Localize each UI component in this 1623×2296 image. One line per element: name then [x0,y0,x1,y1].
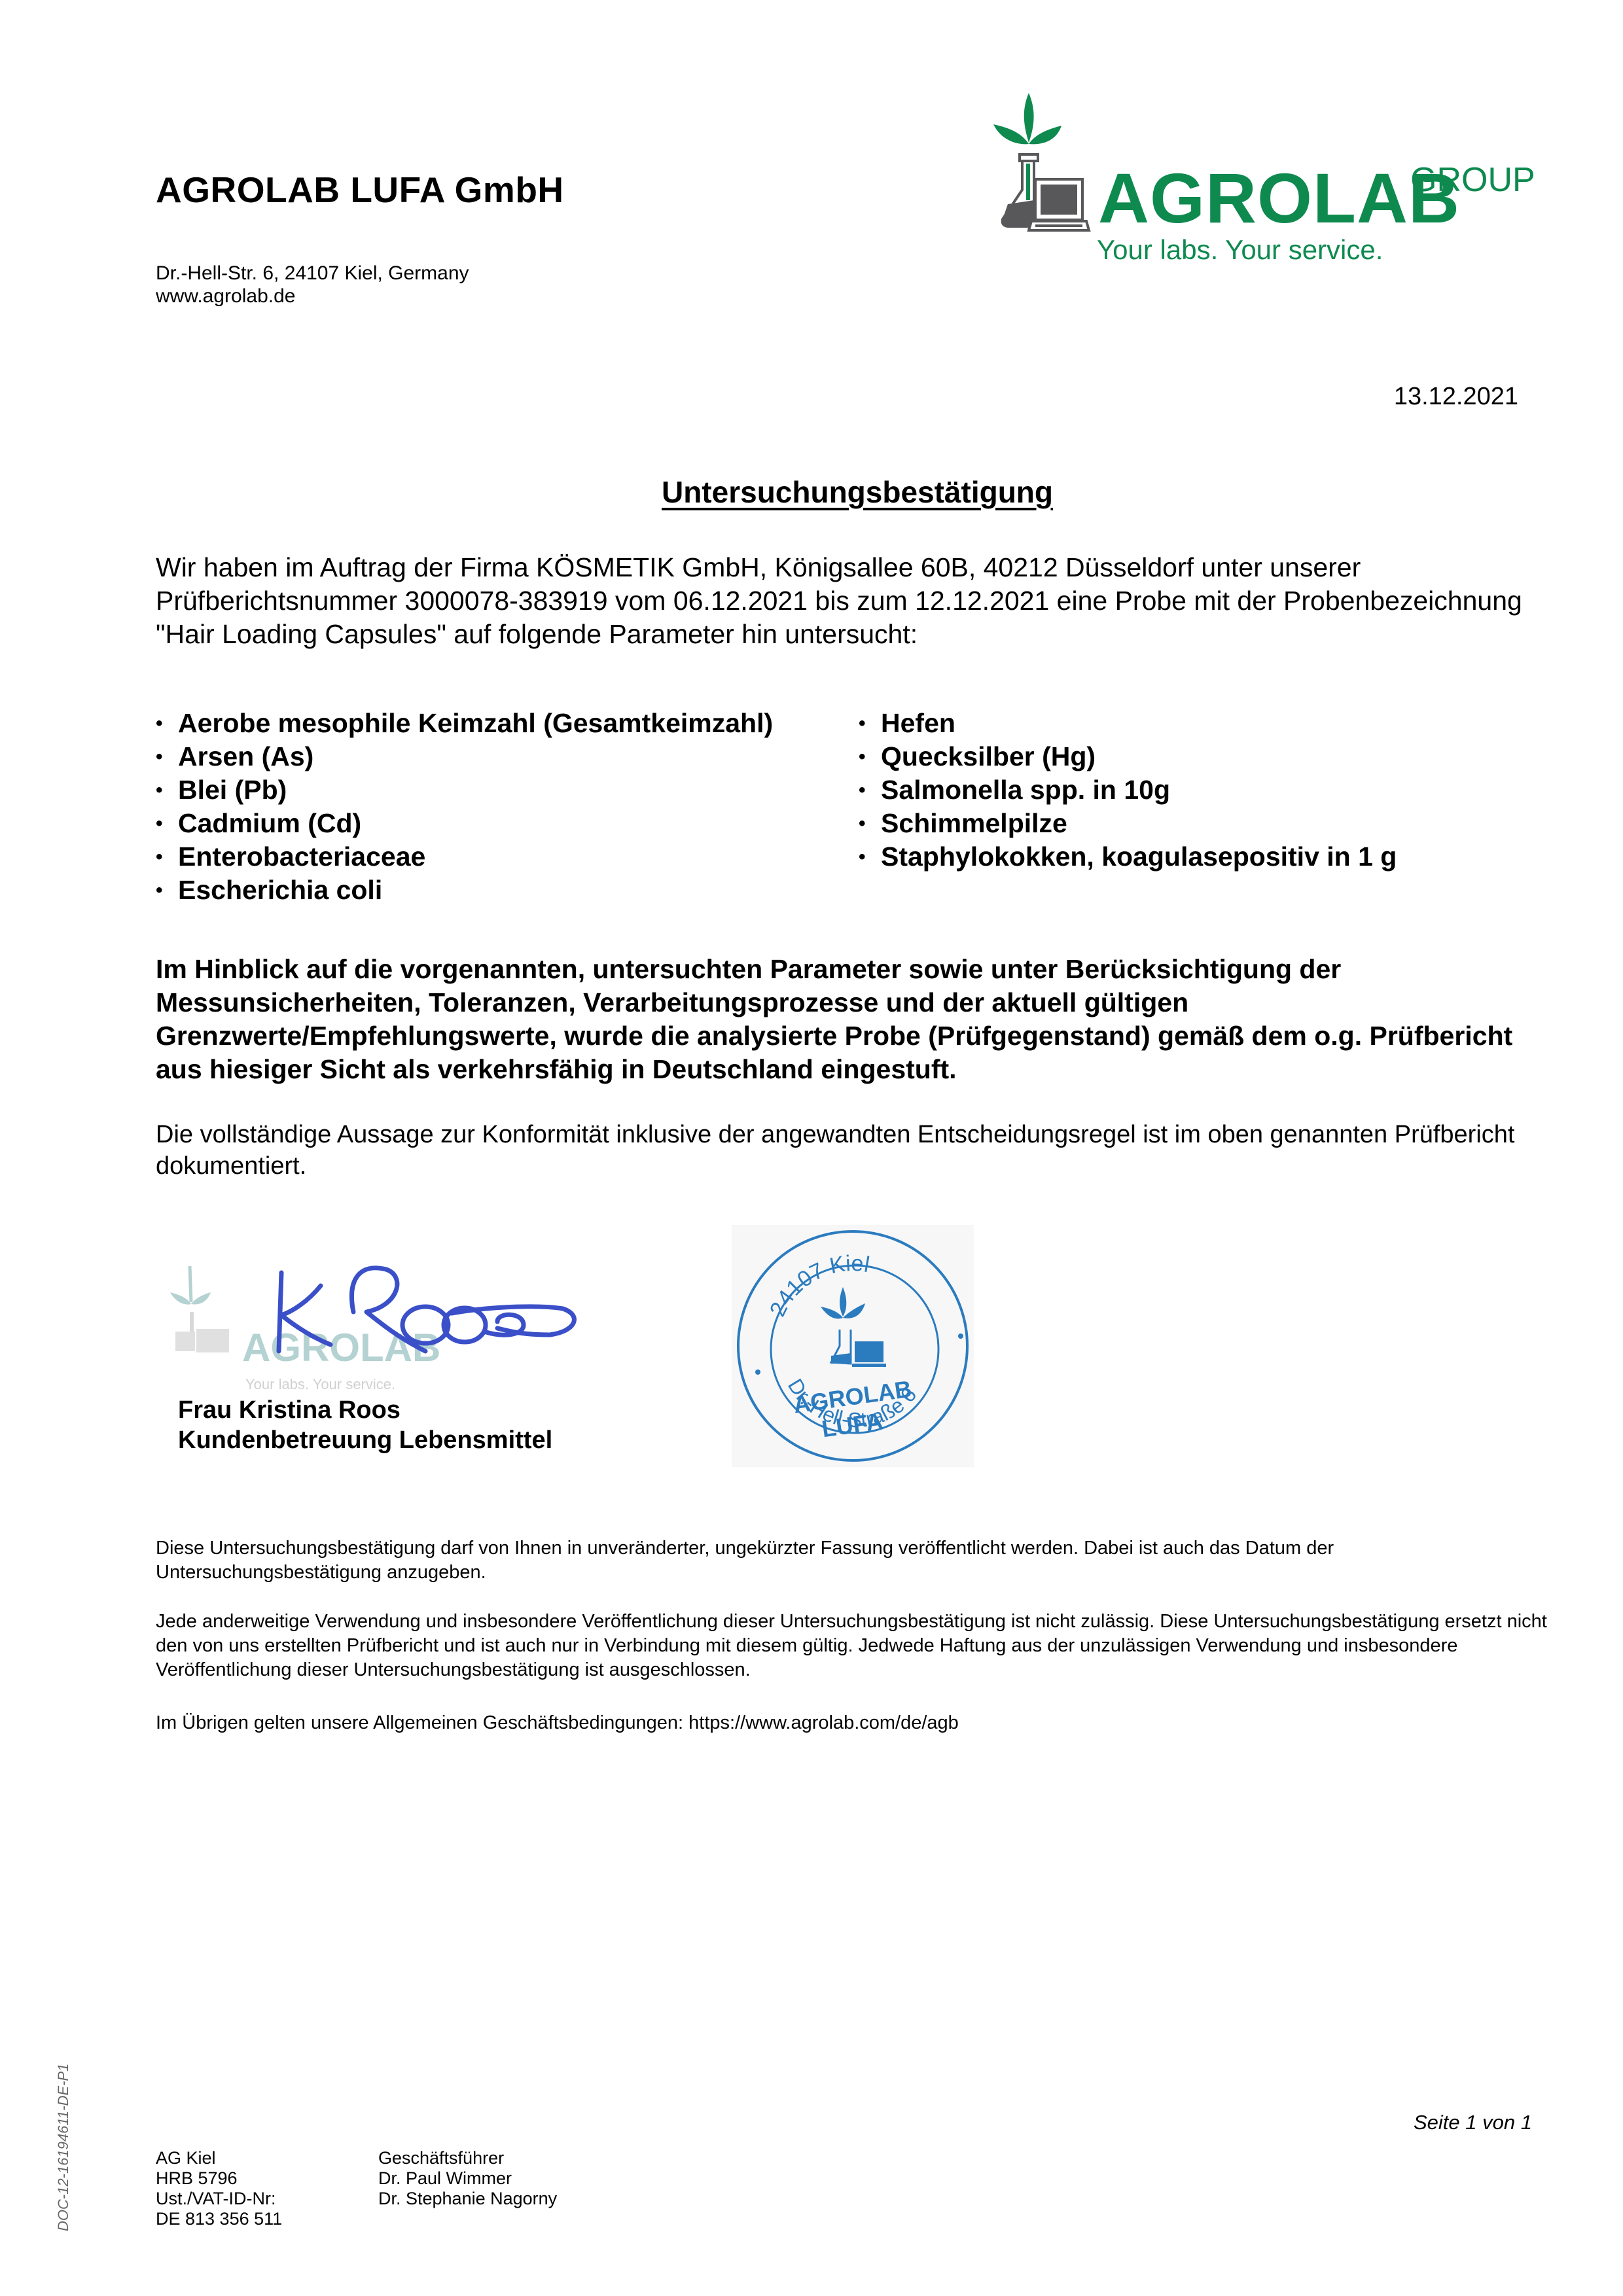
parameter-item: •Cadmium (Cd) [156,807,773,840]
footer-registry-line: Ust./VAT-ID-Nr: [156,2189,282,2209]
parameter-item: •Hefen [859,707,1397,740]
terms-reference: Im Übrigen gelten unsere Allgemeinen Ges… [156,1711,1563,1735]
footer-management-line: Dr. Paul Wimmer [378,2168,557,2189]
document-id: DOC-12-16194611-DE-P1 [55,2064,72,2231]
footer-management: Geschäftsführer Dr. Paul Wimmer Dr. Step… [378,2148,557,2209]
signatory-name: Frau Kristina Roos [178,1395,552,1425]
document-title: Untersuchungsbestätigung [0,474,1623,510]
signature-area: AGROLAB Your labs. Your service. [157,1240,602,1390]
bullet-icon: • [156,874,163,907]
parameter-item: •Blei (Pb) [156,773,773,807]
parameter-item: •Escherichia coli [156,874,773,907]
parameter-label: Hefen [881,708,955,738]
company-address: Dr.-Hell-Str. 6, 24107 Kiel, Germany www… [156,262,469,308]
intro-paragraph: Wir haben im Auftrag der Firma KÖSMETIK … [156,551,1556,651]
parameter-label: Cadmium (Cd) [178,808,361,838]
parameter-item: •Arsen (As) [156,740,773,773]
parameter-item: •Salmonella spp. in 10g [859,773,1397,807]
parameter-label: Salmonella spp. in 10g [881,775,1170,805]
disclaimer-publication: Diese Untersuchungsbestätigung darf von … [156,1536,1563,1585]
parameter-label: Aerobe mesophile Keimzahl (Gesamtkeimzah… [178,708,773,738]
logo-tagline: Your labs. Your service. [1097,234,1383,266]
company-name: AGROLAB LUFA GmbH [156,169,564,211]
parameter-item: •Staphylokokken, koagulasepositiv in 1 g [859,840,1397,874]
parameter-label: Escherichia coli [178,875,382,905]
bullet-icon: • [156,740,163,773]
parameter-label: Blei (Pb) [178,775,287,805]
handwritten-signature [157,1240,602,1371]
parameter-item: •Aerobe mesophile Keimzahl (Gesamtkeimza… [156,707,773,740]
bullet-icon: • [156,840,163,874]
parameter-item: •Enterobacteriaceae [156,840,773,874]
footer-management-line: Dr. Stephanie Nagorny [378,2189,557,2209]
parameter-label: Quecksilber (Hg) [881,741,1096,771]
footer-registry-line: AG Kiel [156,2148,282,2168]
parameter-label: Arsen (As) [178,741,313,771]
agrolab-group-logo: AGROLAB GROUP Your labs. Your service. [988,92,1558,275]
page-number: Seite 1 von 1 [1414,2111,1532,2134]
bullet-icon: • [156,707,163,740]
flask-laptop-plant-logo-icon [988,92,1099,236]
conclusion-paragraph: Im Hinblick auf die vorgenannten, unters… [156,953,1556,1086]
footer-registry: AG Kiel HRB 5796 Ust./VAT-ID-Nr: DE 813 … [156,2148,282,2229]
logo-brand: AGROLAB [1098,157,1460,239]
signatory-role: Kundenbetreuung Lebensmittel [178,1425,552,1455]
signatory: Frau Kristina Roos Kundenbetreuung Leben… [178,1395,552,1455]
footer-registry-line: HRB 5796 [156,2168,282,2189]
parameters-list-right: •Hefen•Quecksilber (Hg)•Salmonella spp. … [859,707,1397,874]
footer-registry-line: DE 813 356 511 [156,2209,282,2229]
bullet-icon: • [156,807,163,840]
parameter-label: Enterobacteriaceae [178,841,425,872]
parameters-list-left: •Aerobe mesophile Keimzahl (Gesamtkeimza… [156,707,773,907]
parameter-label: Schimmelpilze [881,808,1067,838]
document-date: 13.12.2021 [1394,383,1518,411]
parameter-label: Staphylokokken, koagulasepositiv in 1 g [881,841,1397,872]
disclaimer-usage: Jede anderweitige Verwendung und insbeso… [156,1610,1563,1682]
parameter-item: •Schimmelpilze [859,807,1397,840]
bullet-icon: • [156,773,163,807]
footer-management-line: Geschäftsführer [378,2148,557,2168]
bullet-icon: • [859,707,866,740]
company-stamp: 24107 Kiel Dr.-Hell-Straße 6 AGROLAB LUF… [732,1225,974,1467]
stamp-seal-icon: 24107 Kiel Dr.-Hell-Straße 6 AGROLAB LUF… [732,1225,974,1467]
bullet-icon: • [859,740,866,773]
parameter-item: •Quecksilber (Hg) [859,740,1397,773]
bullet-icon: • [859,840,866,874]
bullet-icon: • [859,773,866,807]
faded-logo-tagline: Your labs. Your service. [245,1376,395,1393]
address-line: Dr.-Hell-Str. 6, 24107 Kiel, Germany [156,262,469,285]
logo-group: GROUP [1410,160,1535,200]
website: www.agrolab.de [156,285,469,308]
conformity-note: Die vollständige Aussage zur Konformität… [156,1119,1556,1182]
bullet-icon: • [859,807,866,840]
